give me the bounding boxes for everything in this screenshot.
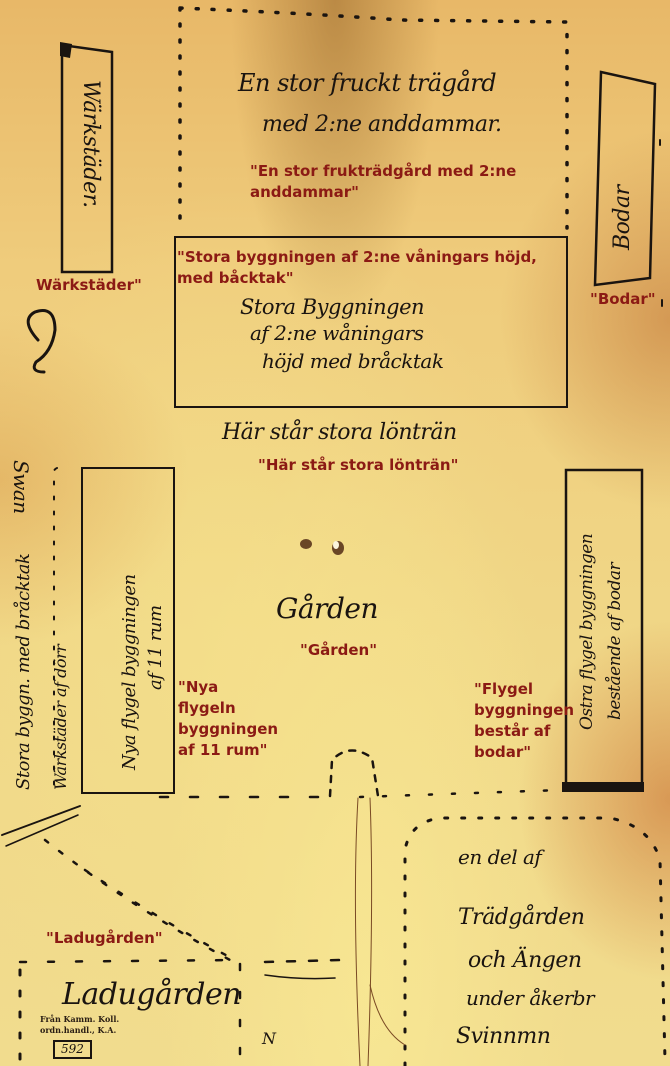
shops-translation: "Bodar" (590, 289, 656, 310)
new-wing-handwriting-line2: af 11 rum (146, 605, 167, 690)
archive-stamp-line2: ordn.handl., K.A. (40, 1025, 116, 1035)
main-building-handwriting-line1: Stora Byggningen (240, 295, 424, 319)
new-wing-handwriting-line1: Nya flygel byggningen (120, 574, 141, 770)
courtyard-handwriting: Gården (276, 593, 378, 625)
maple-trees-translation: "Här står stora lönträn" (258, 455, 458, 476)
orchard-handwriting-line1: En stor fruckt trägård (238, 70, 496, 98)
new-wing-translation: "Nya flygeln byggningen af 11 rum" (178, 677, 278, 761)
fields-handwriting-line4: under åkerbr (466, 987, 594, 1010)
archive-stamp-line1: Från Kamm. Koll. (40, 1014, 119, 1024)
main-building-translation: "Stora byggningen af 2:ne våningars höjd… (177, 247, 567, 289)
east-wing-translation: "Flygel byggningen består af bodar" (474, 679, 569, 763)
fields-handwriting-line3: och Ängen (468, 948, 582, 973)
east-wing-handwriting-line2: bestående af bodar (606, 563, 626, 720)
orchard-translation: "En stor frukträdgård med 2:ne anddammar… (250, 161, 550, 203)
main-building-handwriting-line3: höjd med bråcktak (262, 350, 443, 373)
fields-handwriting-line2: Trädgården (458, 905, 584, 930)
shops-building (595, 72, 655, 285)
courtyard-translation: "Gården" (300, 640, 377, 661)
workshop-translation: Wärkstäder" (36, 275, 142, 296)
margin-note-1: Swan (9, 460, 32, 514)
margin-note-2: Stora byggn. med bråcktak (14, 554, 35, 790)
workshop-handwriting: Wärkstäder. (78, 80, 103, 208)
fields-handwriting-line1: en del af (458, 846, 541, 869)
fields-handwriting-line5: Svinnmn (456, 1024, 550, 1049)
shops-handwriting: Bodar (610, 185, 635, 250)
gate-arch (330, 750, 378, 796)
barnyard-handwriting: Ladugården (62, 978, 241, 1013)
maple-trees-handwriting: Här står stora lönträn (222, 420, 457, 445)
compass-mark: N (262, 1030, 276, 1048)
orchard-handwriting-line2: med 2:ne anddammar. (262, 112, 502, 137)
archive-number: 592 (53, 1040, 92, 1059)
margin-note-3: Wärkstäder af dörr (52, 645, 70, 790)
main-building-handwriting-line2: af 2:ne wåningars (250, 322, 423, 345)
estate-map: En stor fruckt trägård med 2:ne anddamma… (0, 0, 670, 1066)
barnyard-translation: "Ladugården" (46, 928, 163, 949)
east-wing-handwriting-line1: Ostra flygel byggningen (578, 534, 598, 730)
